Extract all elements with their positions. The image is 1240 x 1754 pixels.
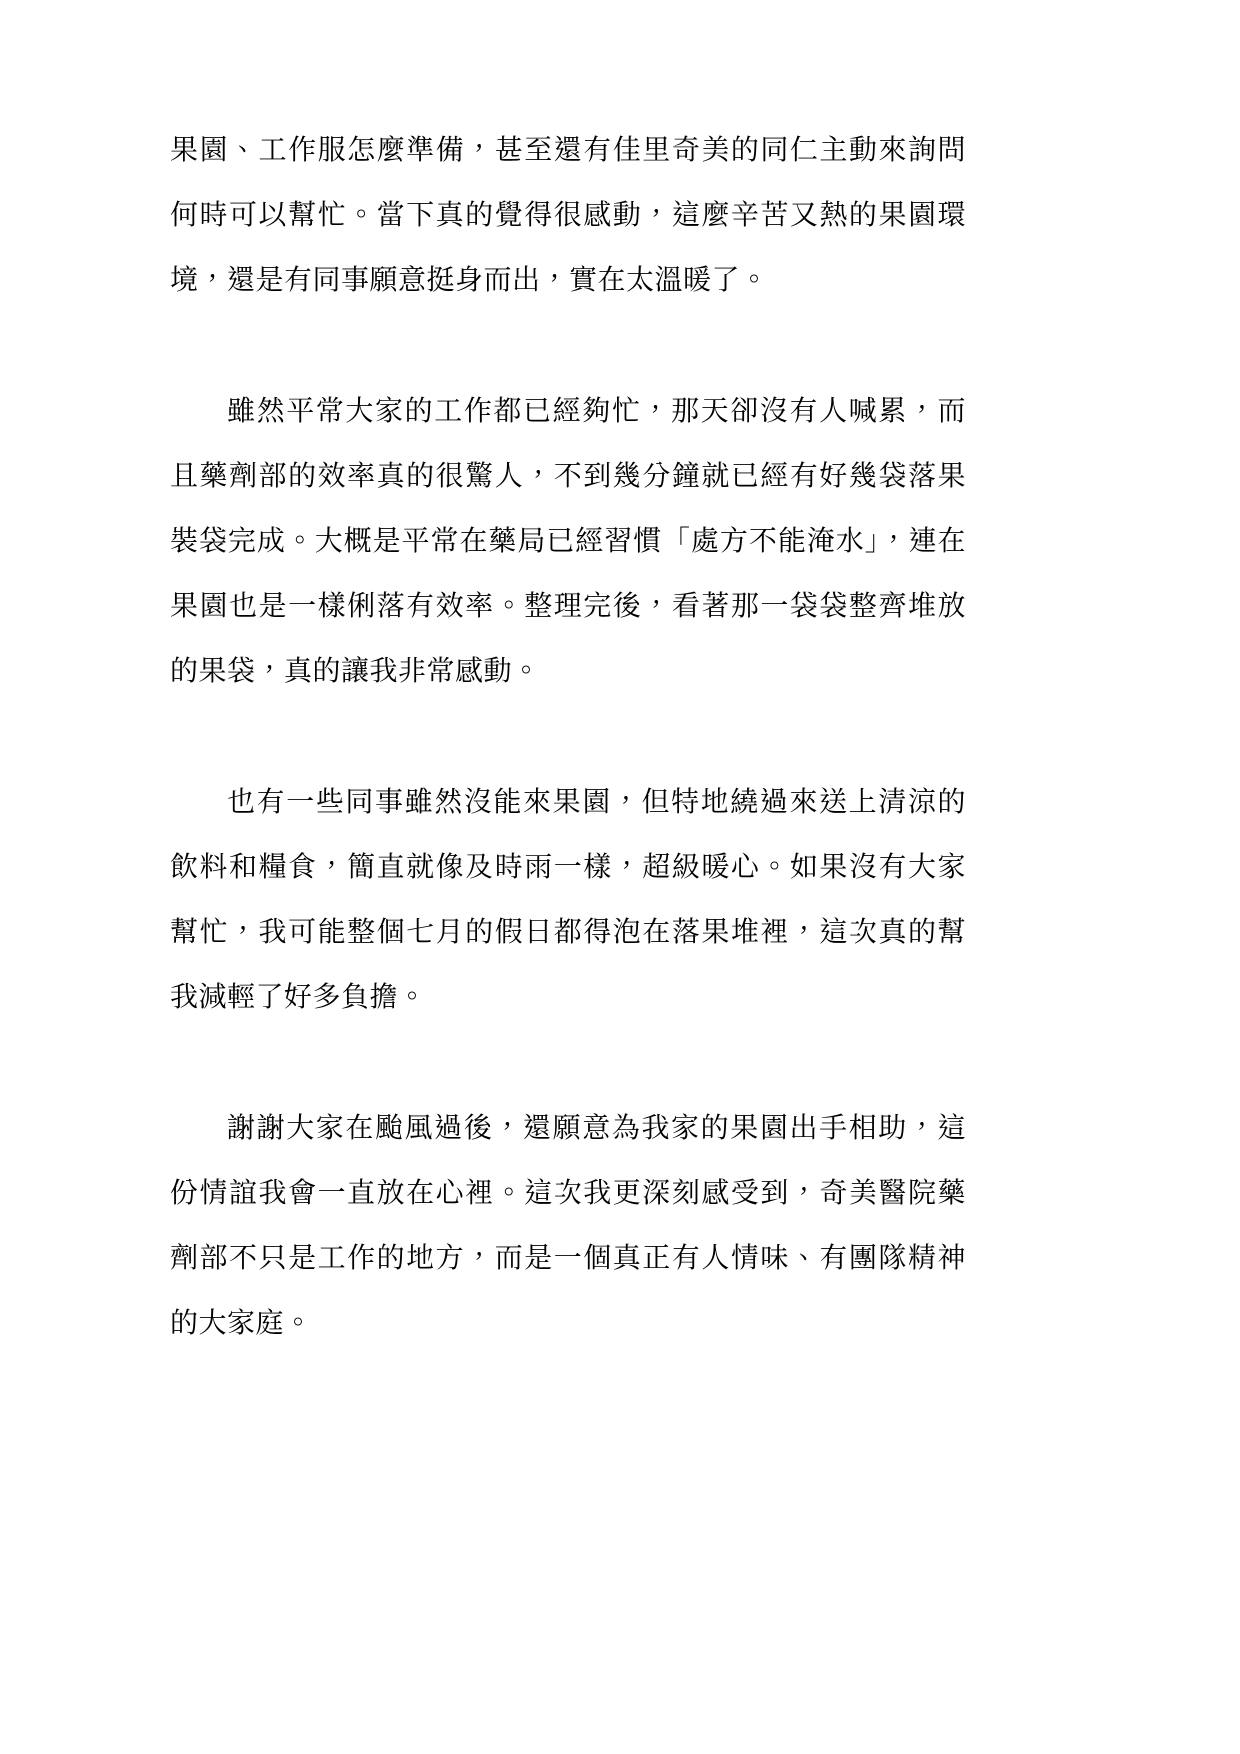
paragraph-3: 也有一些同事雖然沒能來果園，但特地繞過來送上清涼的飲料和糧食，簡直就像及時雨一樣… bbox=[170, 770, 966, 1030]
paragraph-4: 謝謝大家在颱風過後，還願意為我家的果園出手相助，這份情誼我會一直放在心裡。這次我… bbox=[170, 1096, 966, 1356]
paragraph-1: 果園、工作服怎麼準備，甚至還有佳里奇美的同仁主動來詢問何時可以幫忙。當下真的覺得… bbox=[170, 118, 966, 313]
paragraph-2: 雖然平常大家的工作都已經夠忙，那天卻沒有人喊累，而且藥劑部的效率真的很驚人，不到… bbox=[170, 379, 966, 704]
document-body: 果園、工作服怎麼準備，甚至還有佳里奇美的同仁主動來詢問何時可以幫忙。當下真的覺得… bbox=[170, 118, 966, 1422]
document-page: 果園、工作服怎麼準備，甚至還有佳里奇美的同仁主動來詢問何時可以幫忙。當下真的覺得… bbox=[0, 0, 1240, 1754]
